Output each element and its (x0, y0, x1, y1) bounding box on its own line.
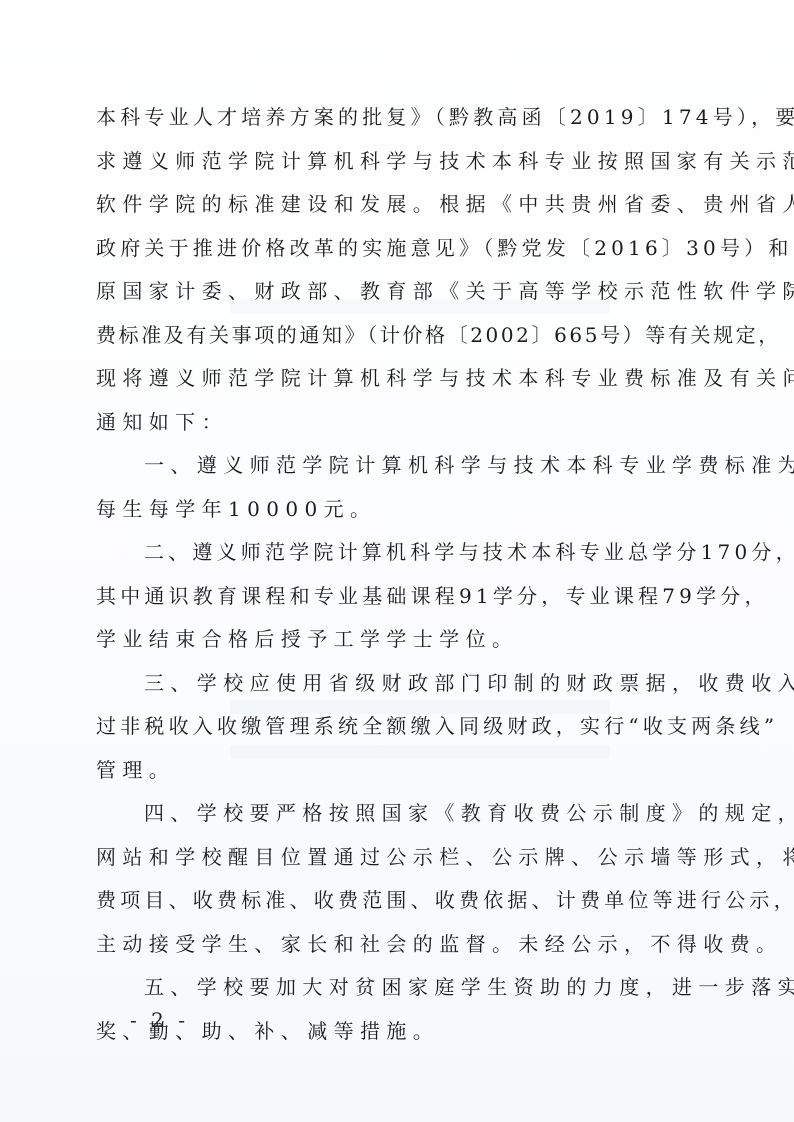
clause-1-heading: 一、遵义师范学院计算机科学与技术本科专业学费标准为： (96, 444, 700, 488)
text-line: 原国家计委、财政部、教育部《关于高等学校示范性软件学院收 (96, 270, 700, 314)
text-line: 费标准及有关事项的通知》（计价格〔2002〕665号）等有关规定， (96, 314, 700, 358)
clause-2-heading: 二、遵义师范学院计算机科学与技术本科专业总学分170分， (96, 531, 700, 575)
text-line: 现将遵义师范学院计算机科学与技术本科专业费标准及有关问题 (96, 357, 700, 401)
text-line: 软件学院的标准建设和发展。根据《中共贵州省委、贵州省人民 (96, 183, 700, 227)
clause-5-heading: 五、学校要加大对贫困家庭学生资助的力度，进一步落实好 (96, 966, 700, 1010)
text-line: 过非税收入收缴管理系统全额缴入同级财政，实行“收支两条线” (96, 705, 700, 749)
text-line: 每生每学年10000元。 (96, 488, 700, 532)
text-line: 主动接受学生、家长和社会的监督。未经公示，不得收费。 (96, 923, 700, 967)
text-line: 其中通识教育课程和专业基础课程91学分，专业课程79学分， (96, 575, 700, 619)
page-number: - 2 - (130, 1008, 189, 1032)
text-line: 本科专业人才培养方案的批复》（黔教高函〔2019〕174号），要 (96, 96, 700, 140)
document-body: 本科专业人才培养方案的批复》（黔教高函〔2019〕174号），要 求遵义师范学院… (96, 96, 700, 1053)
text-line: 通知如下： (96, 401, 700, 445)
clause-3-heading: 三、学校应使用省级财政部门印制的财政票据，收费收入通 (96, 662, 700, 706)
text-line: 求遵义师范学院计算机科学与技术本科专业按照国家有关示范性 (96, 140, 700, 184)
text-line: 费项目、收费标准、收费范围、收费依据、计费单位等进行公示， (96, 879, 700, 923)
text-line: 管理。 (96, 749, 700, 793)
text-line: 学业结束合格后授予工学学士学位。 (96, 618, 700, 662)
document-page: 本科专业人才培养方案的批复》（黔教高函〔2019〕174号），要 求遵义师范学院… (0, 0, 794, 1122)
text-line: 政府关于推进价格改革的实施意见》（黔党发〔2016〕30号）和 (96, 227, 700, 271)
clause-4-heading: 四、学校要严格按照国家《教育收费公示制度》的规定，在 (96, 792, 700, 836)
text-line: 网站和学校醒目位置通过公示栏、公示牌、公示墙等形式，将收 (96, 836, 700, 880)
